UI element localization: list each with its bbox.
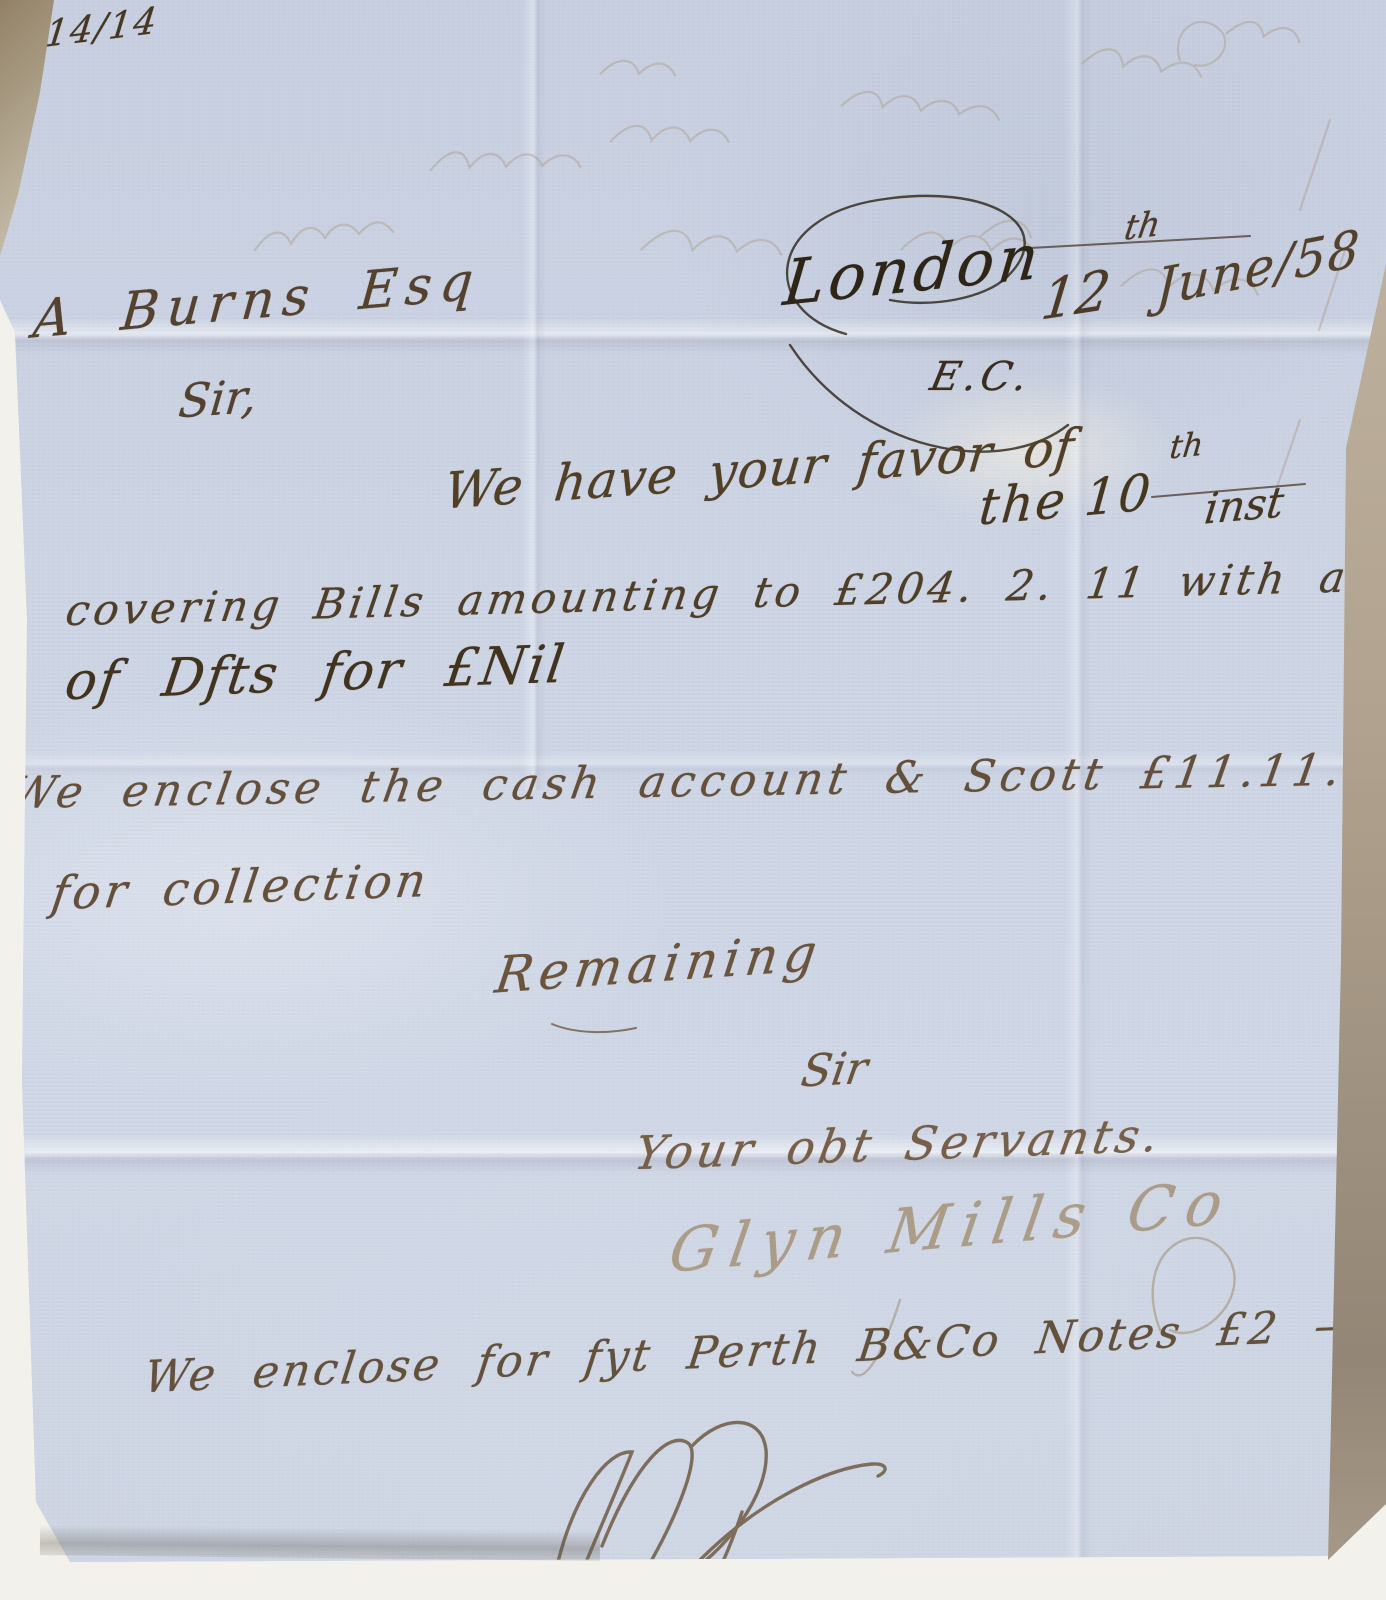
body-line1-part3: inst xyxy=(1202,477,1287,534)
dateline-day-suffix: th xyxy=(1121,204,1163,249)
archival-annotation: 14/14 xyxy=(43,0,161,56)
dateline-day: 12 xyxy=(1038,257,1114,333)
salutation: Sir, xyxy=(176,369,259,429)
letter-scan: 14/14 1 London 12 th June/58 E.C. A Burn… xyxy=(0,0,1386,1600)
paraph-initials-flourish xyxy=(558,1422,885,1595)
dateline-place: London xyxy=(780,219,1046,320)
postscript-line: We enclose for fyt Perth B&Co Notes £2 — xyxy=(141,1299,1365,1403)
remaining-underline xyxy=(552,1024,636,1032)
margin-mark: 1 xyxy=(12,648,22,667)
body-line4: We enclose the cash account & Scott £11.… xyxy=(6,744,1382,819)
closing-sir: Sir xyxy=(798,1043,871,1098)
dateline-month-year: June/58 xyxy=(1155,218,1363,317)
signature: Glyn Mills Co xyxy=(665,1167,1240,1288)
closing-remaining: Remaining xyxy=(492,923,826,1005)
body-line1-superscript: th xyxy=(1168,425,1205,467)
body-line2: covering Bills amounting to £204. 2. 11 … xyxy=(63,549,1386,635)
body-line3: of Dfts for £Nil xyxy=(62,635,570,713)
letter-paper: 14/14 1 London 12 th June/58 E.C. A Burn… xyxy=(0,0,1386,1600)
dateline-district: E.C. xyxy=(926,354,1036,400)
closing-servants: Your obt Servants. xyxy=(630,1108,1166,1181)
body-line5: for collection xyxy=(48,853,433,920)
recipient-name: A Burns Esq xyxy=(31,251,484,351)
